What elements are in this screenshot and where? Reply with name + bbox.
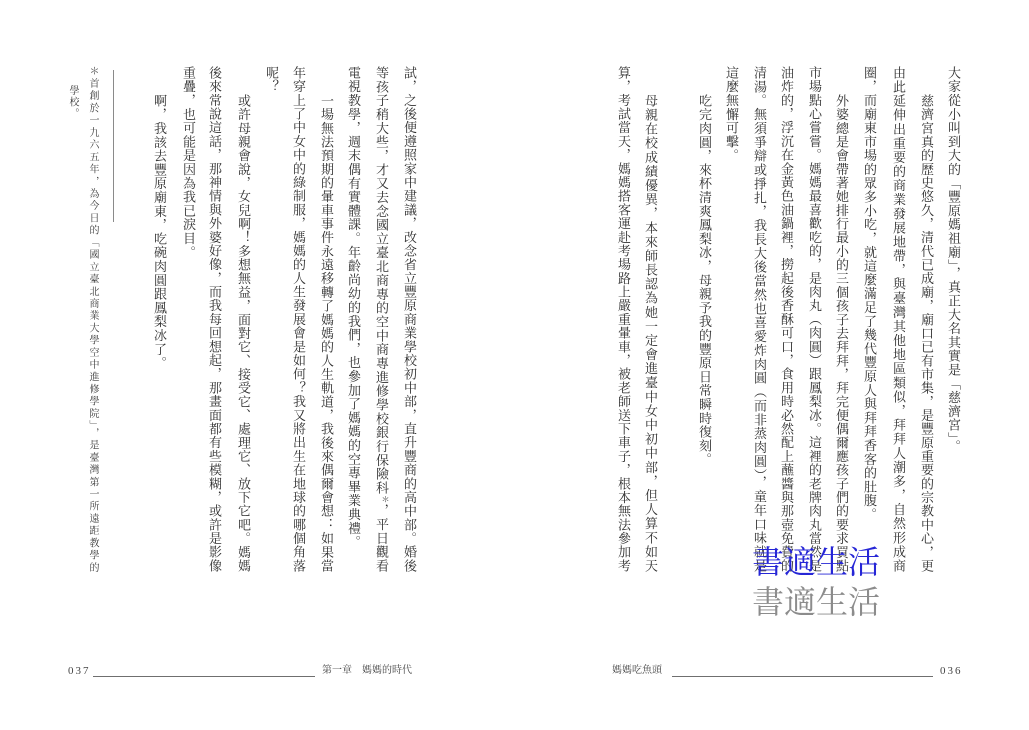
text-column: 試，之後便遵照家中建議，改念省立豐原商業學校初中部，直升豐商的高中部。婚後 [400, 66, 416, 572]
text-column: 外婆總是會帶著她排行最小的三個孩子去拜拜，拜完便偶爾應孩子們的要求買點 [832, 66, 848, 572]
left-page: 學校。 ＊首創於一九六五年，為今日的「國立臺北商業大學空中進修學院」，是臺灣第一… [0, 0, 514, 730]
text-column: 後來常說這話，那神情與外婆好像，而我每回想起，那畫面都有些模糊，或許是影像 [205, 66, 221, 572]
text-column: 啊，我該去豐原廟東，吃碗肉圓跟鳳梨冰了。 [150, 66, 166, 572]
page-number: 037 [68, 665, 91, 677]
text-column: 呢？ [262, 66, 278, 572]
page-number: 036 [940, 665, 963, 677]
chapter-title: 媽媽的時代 [362, 665, 412, 677]
text-column: 母親在校成績優異，本來師長認為她一定會進臺中女中初中部，但人算不如天 [641, 66, 657, 572]
text-column: 年穿上了中女中的綠制服，媽媽的人生發展會是如何？我又將出生在地球的哪個角落 [289, 66, 305, 572]
footnote-line-1: ＊首創於一九六五年，為今日的「國立臺北商業大學空中進修學院」，是臺灣第一所遠距教… [86, 66, 98, 572]
footer-rule [93, 676, 315, 677]
text-column: 這麼無懈可擊。 [722, 66, 738, 572]
footnote-marker: ＊ [381, 495, 390, 504]
text-column: 市場點心嘗嘗。媽媽最喜歡吃的，是肉丸（肉圓）跟鳳梨冰。這裡的老牌肉丸當然是 [805, 66, 821, 572]
text-column: 一場無法預期的暈車事件永遠移轉了媽媽的人生軌道，我後來偶爾會想：如果當 [317, 66, 333, 572]
watermark-logo-blue: 書適生活 [752, 545, 880, 579]
watermark-logo-gray: 書適生活 [752, 585, 880, 619]
text-column: 等孩子稍大些，才又去念國立臺北商專的空中商專進修學校銀行保險科＊，平日觀看 [372, 66, 388, 572]
running-title: 媽媽吃魚頭 [612, 665, 662, 677]
text-column: 圈，而廟東市場的眾多小吃，就這麼滿足了幾代豐原人與拜拜香客的肚腹。 [860, 66, 876, 572]
text-column: 算，考試當天，媽媽搭客運赴考場路上嚴重暈車，被老師送下車子，根本無法參加考 [614, 66, 630, 572]
text-column: 吃完肉圓，來杯清爽鳳梨冰，母親予我的豐原日常瞬時復刻。 [695, 66, 711, 572]
text-column: 電視教學，週末偶有實體課。年齡尚幼的我們，也參加了媽媽的空專畢業典禮。 [344, 66, 360, 572]
chapter-label: 第一章 [322, 665, 352, 677]
column-text: ，平日觀看 [373, 504, 388, 572]
text-column: 重疊，也可能是因為我已淚目。 [179, 66, 195, 572]
column-text: 等孩子稍大些，才又去念國立臺北商專的空中商專進修學校銀行保險科 [373, 66, 388, 495]
text-column: 或許母親會說，女兒啊！多想無益，面對它、接受它、處理它、放下它吧。媽媽 [234, 66, 250, 572]
text-column: 清湯。無須爭辯或掙扎，我長大後當然也喜愛炸肉圓（而非蒸肉圓），童年口味就是 [750, 66, 766, 572]
text-column: 由此延伸出重要的商業發展地帶，與臺灣其他地區類似，拜拜人潮多，自然形成商 [889, 66, 905, 572]
text-column: 大家從小叫到大的「豐原媽祖廟」，真正大名其實是「慈濟宮」。 [944, 66, 960, 572]
footnote-divider [113, 70, 114, 222]
text-column: 油炸的，浮沉在金黃色油鍋裡，撈起後香酥可口，食用時必然配上蘸醬與那壺免費的 [777, 66, 793, 572]
text-column: 慈濟宮真的歷史悠久，清代已成廟，廟口已有市集，是豐原重要的宗教中心，更 [917, 66, 933, 572]
footer-rule [672, 676, 933, 677]
footnote-line-2: 學校。 [66, 85, 78, 120]
